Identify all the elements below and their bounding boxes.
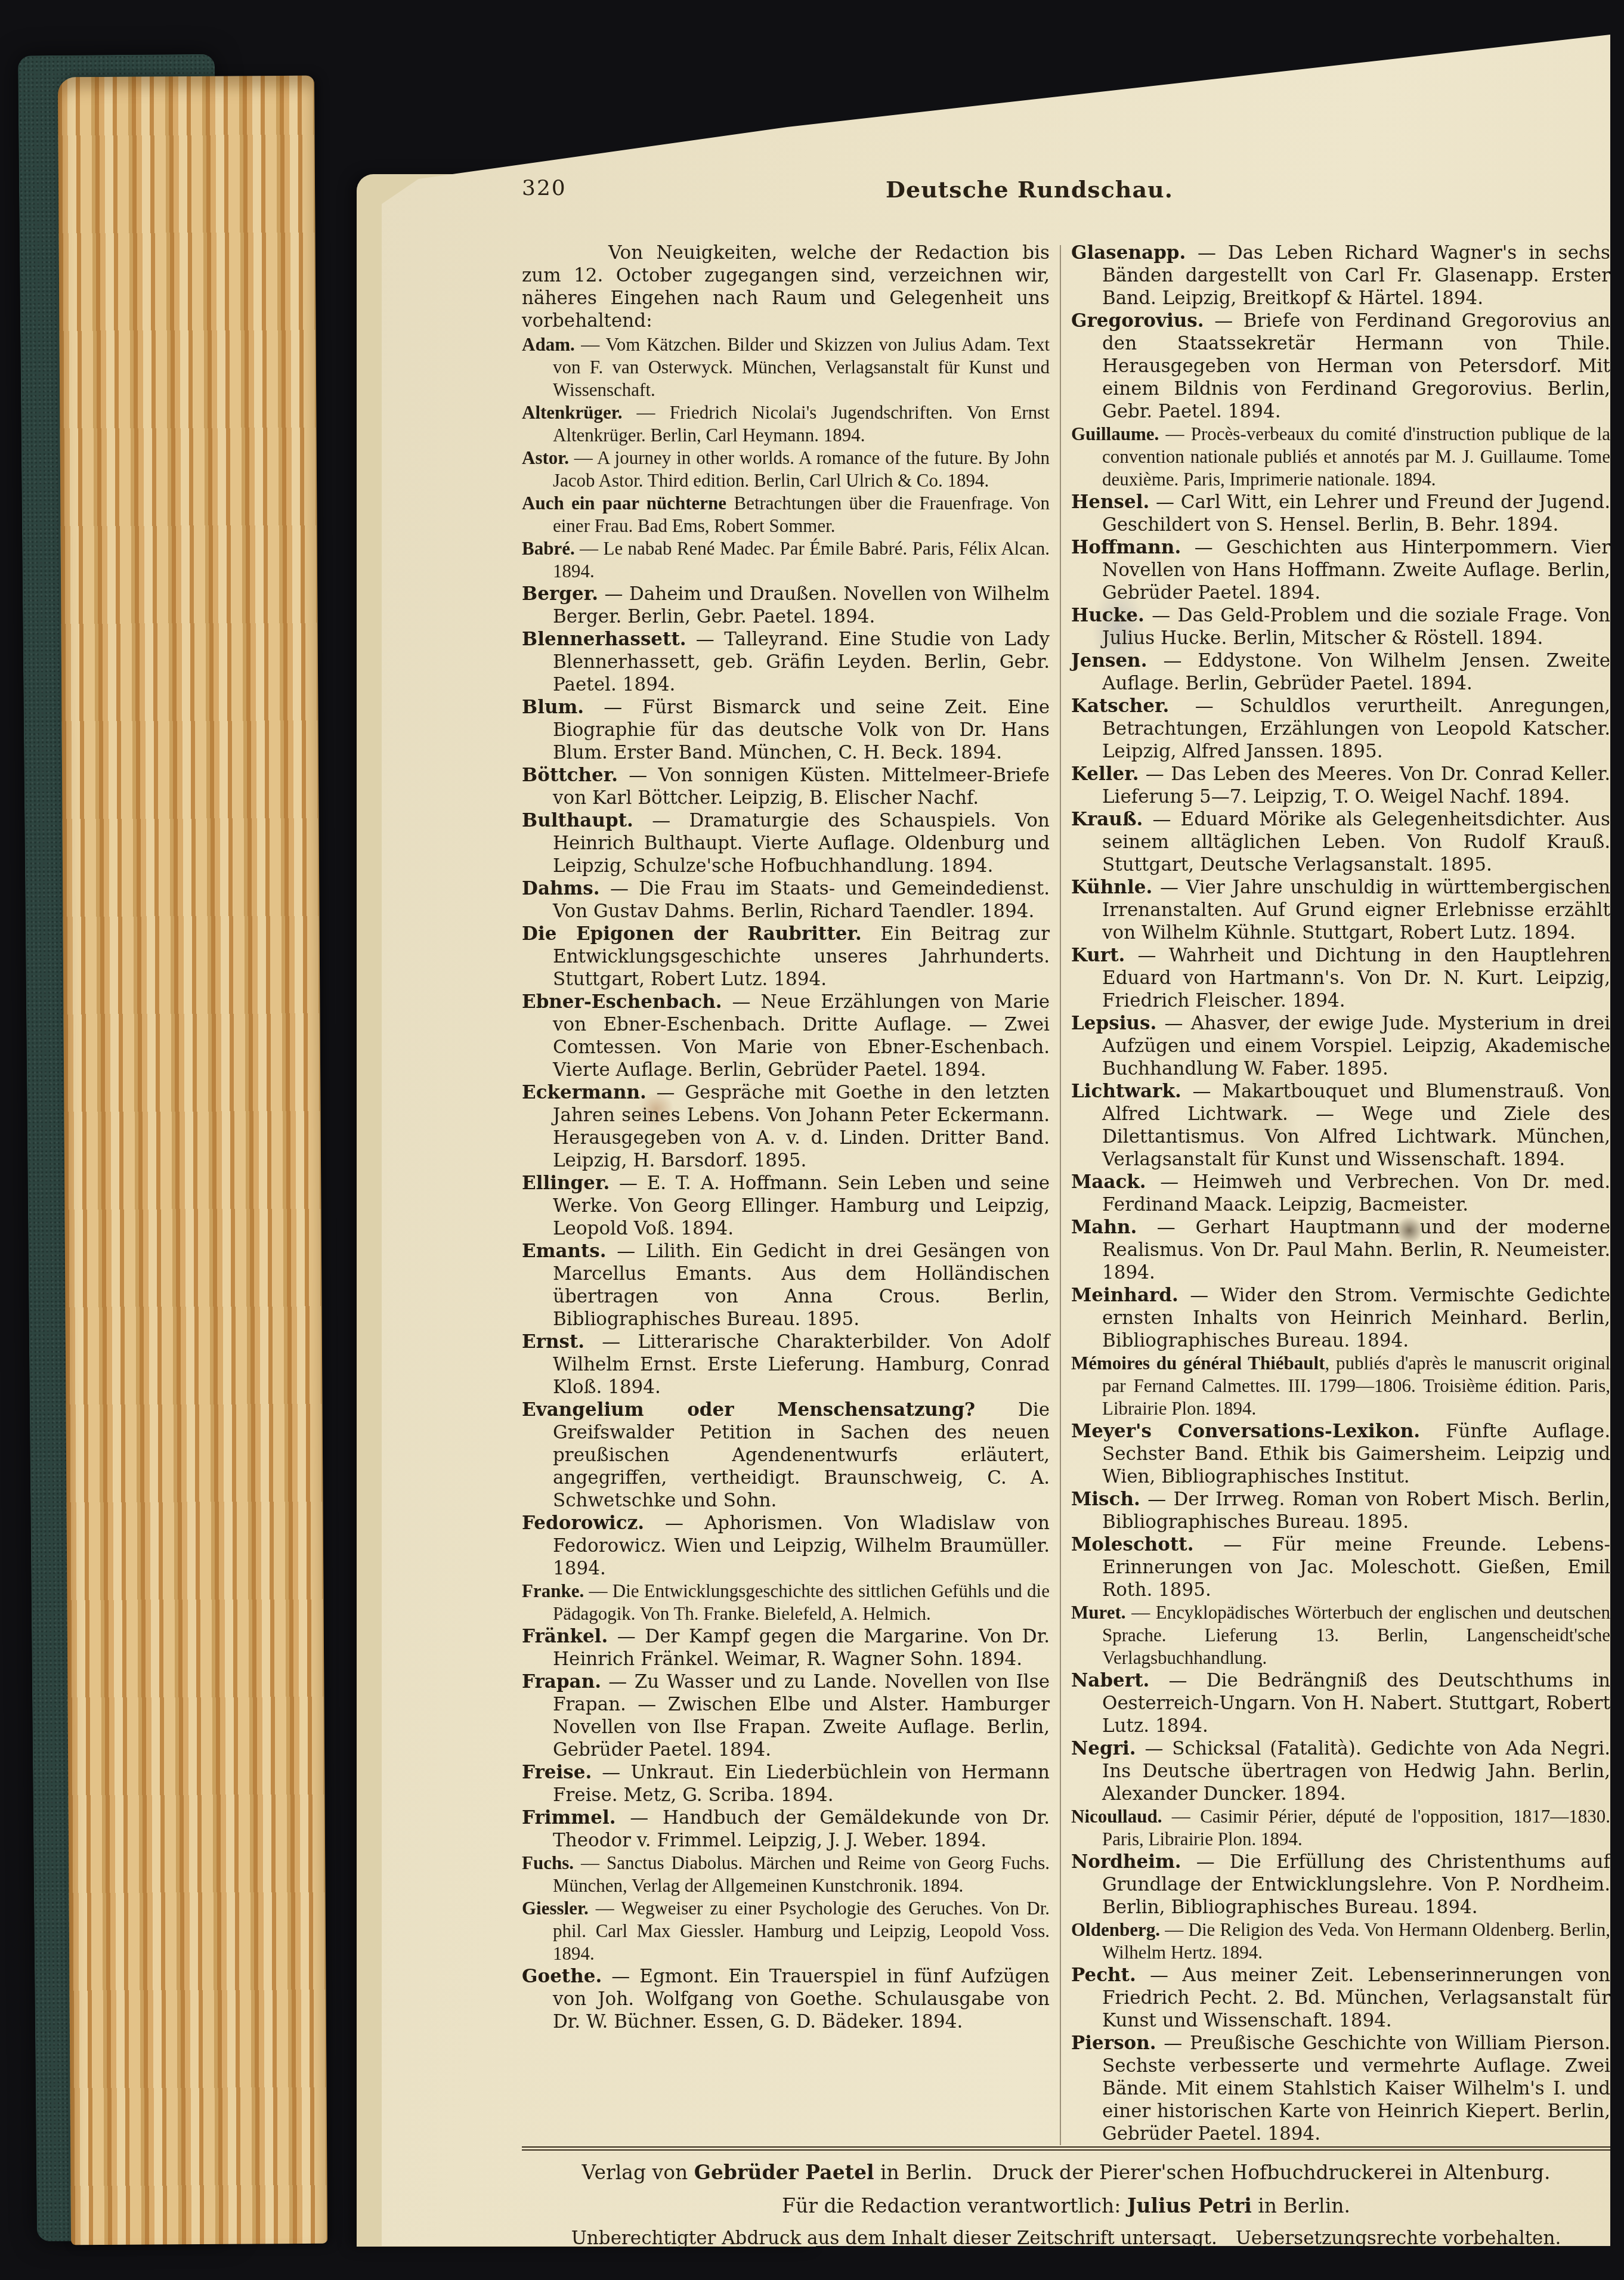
entry-text: — Casimir Périer, député de l'opposition… bbox=[1102, 1806, 1610, 1849]
bibliography-entry: Altenkrüger. — Friedrich Nicolai's Jugen… bbox=[522, 401, 1050, 447]
entry-text: — Wahrheit und Dichtung in den Hauptlehr… bbox=[1102, 945, 1610, 1011]
entry-lead-word: Freise. bbox=[522, 1762, 592, 1783]
journal-title: Deutsche Rundschau. bbox=[886, 176, 1173, 203]
bibliography-entry: Keller. — Das Leben des Meeres. Von Dr. … bbox=[1071, 763, 1610, 808]
footer-responsibility-line: Für die Redaction verantwortlich: Julius… bbox=[522, 2194, 1610, 2217]
entry-text: — Litterarische Charakterbilder. Von Ado… bbox=[553, 1331, 1050, 1398]
footer-rule bbox=[522, 2146, 1610, 2151]
bibliography-entry: Nordheim. — Die Erfüllung des Christenth… bbox=[1071, 1851, 1610, 1919]
entry-lead-word: Lichtwark. bbox=[1071, 1081, 1181, 1102]
bibliography-entry: Muret. — Encyklopädisches Wörterbuch der… bbox=[1071, 1601, 1610, 1669]
page-number: 320 bbox=[522, 176, 567, 200]
entry-lead-word: Misch. bbox=[1071, 1489, 1140, 1510]
bibliography-entry: Nicoullaud. — Casimir Périer, député de … bbox=[1071, 1805, 1610, 1851]
column-divider bbox=[1060, 245, 1061, 2145]
bibliography-entry: Die Epigonen der Raubritter. Ein Beitrag… bbox=[522, 923, 1050, 991]
entry-text: — Der Irrweg. Roman von Robert Misch. Be… bbox=[1102, 1489, 1610, 1533]
bibliography-entry: Bulthaupt. — Dramaturgie des Schauspiels… bbox=[522, 809, 1050, 877]
entry-lead-word: Mahn. bbox=[1071, 1217, 1137, 1238]
entry-lead-word: Meyer's Conversations-Lexikon. bbox=[1071, 1421, 1420, 1442]
bibliography-entry: Emants. — Lilith. Ein Gedicht in drei Ge… bbox=[522, 1240, 1050, 1331]
bibliography-entry: Auch ein paar nüchterne Betrachtungen üb… bbox=[522, 492, 1050, 537]
entry-text: — Procès-verbeaux du comité d'instructio… bbox=[1102, 423, 1610, 490]
entry-lead-word: Nabert. bbox=[1071, 1670, 1149, 1691]
bibliography-entry: Frimmel. — Handbuch der Gemäldekunde von… bbox=[522, 1806, 1050, 1852]
entry-text: — E. T. A. Hoffmann. Sein Leben und sein… bbox=[553, 1173, 1050, 1239]
bibliography-entry: Pierson. — Preußische Geschichte von Wil… bbox=[1071, 2032, 1610, 2145]
entry-lead-word: Kühnle. bbox=[1071, 877, 1152, 898]
entry-text: — Aus meiner Zeit. Lebenserinnerungen vo… bbox=[1102, 1965, 1610, 2031]
bibliography-entry: Giessler. — Wegweiser zu einer Psycholog… bbox=[522, 1897, 1050, 1965]
entry-text: — Die Religion des Veda. Von Hermann Old… bbox=[1102, 1919, 1610, 1963]
entry-lead-word: Krauß. bbox=[1071, 809, 1143, 830]
entry-lead-word: Astor. bbox=[522, 447, 569, 468]
entry-text: — Zu Wasser und zu Lande. Novellen von I… bbox=[553, 1671, 1050, 1761]
bibliography-entry: Fedorowicz. — Aphorismen. Von Wladislaw … bbox=[522, 1512, 1050, 1580]
bibliography-column-left: Von Neuigkeiten, welche der Redaction bi… bbox=[522, 242, 1050, 2145]
scanned-page: 320 Deutsche Rundschau. Von Neuigkeiten,… bbox=[382, 30, 1610, 2246]
bibliography-entry: Fränkel. — Der Kampf gegen die Margarine… bbox=[522, 1625, 1050, 1670]
page-edge-stack bbox=[58, 76, 327, 2245]
entry-text: — Fürst Bismarck und seine Zeit. Eine Bi… bbox=[553, 697, 1050, 763]
bibliography-entry: Hoffmann. — Geschichten aus Hinterpommer… bbox=[1071, 536, 1610, 604]
entry-lead-word: Hoffmann. bbox=[1071, 537, 1181, 558]
entry-lead-word: Nicoullaud. bbox=[1071, 1806, 1162, 1827]
entry-lead-word: Hensel. bbox=[1071, 491, 1149, 513]
entry-lead-word: Guillaume. bbox=[1071, 423, 1159, 444]
entry-text: — Lilith. Ein Gedicht in drei Gesängen v… bbox=[553, 1240, 1050, 1330]
entry-lead-word: Emants. bbox=[522, 1240, 607, 1262]
bibliography-entry: Nabert. — Die Bedrängniß des Deutschthum… bbox=[1071, 1669, 1610, 1737]
bibliography-entry: Blennerhassett. — Talleyrand. Eine Studi… bbox=[522, 628, 1050, 696]
entry-lead-word: Negri. bbox=[1071, 1738, 1136, 1759]
bibliography-entry: Meyer's Conversations-Lexikon. Fünfte Au… bbox=[1071, 1420, 1610, 1488]
entry-text: — Le nabab René Madec. Par Émile Babré. … bbox=[553, 538, 1050, 581]
bibliography-entry: Jensen. — Eddystone. Von Wilhelm Jensen.… bbox=[1071, 649, 1610, 695]
entry-text: — Die Bedrängniß des Deutschthums in Oes… bbox=[1102, 1670, 1610, 1737]
entry-text: — Die Entwicklungsgeschichte des sittlic… bbox=[553, 1580, 1050, 1624]
bibliography-entry: Ernst. — Litterarische Charakterbilder. … bbox=[522, 1331, 1050, 1399]
entry-text: — Handbuch der Gemäldekunde von Dr. Theo… bbox=[553, 1807, 1050, 1851]
entry-lead-word: Blennerhassett. bbox=[522, 629, 686, 650]
entry-text: — Wegweiser zu einer Psychologie des Ger… bbox=[553, 1898, 1050, 1964]
entry-lead-word: Glasenapp. bbox=[1071, 242, 1186, 264]
bibliography-entry: Guillaume. — Procès-verbeaux du comité d… bbox=[1071, 423, 1610, 491]
entry-text: — Egmont. Ein Trauerspiel in fünf Aufzüg… bbox=[553, 1966, 1050, 2032]
bibliography-entry: Dahms. — Die Frau im Staats- und Gemeind… bbox=[522, 877, 1050, 923]
entry-lead-word: Kurt. bbox=[1071, 945, 1125, 966]
entry-lead-word: Muret. bbox=[1071, 1602, 1126, 1623]
bibliography-entry: Katscher. — Schuldlos verurtheilt. Anreg… bbox=[1071, 695, 1610, 763]
entry-lead-word: Jensen. bbox=[1071, 650, 1147, 672]
page-content: 320 Deutsche Rundschau. Von Neuigkeiten,… bbox=[522, 176, 1610, 2249]
footer-text: in Berlin. Druck der Pierer'schen Hofbuc… bbox=[874, 2161, 1550, 2184]
entry-lead-word: Lepsius. bbox=[1071, 1013, 1156, 1034]
bibliography-entry: Hensel. — Carl Witt, ein Lehrer und Freu… bbox=[1071, 491, 1610, 536]
entry-text: — Die Frau im Staats- und Gemeindedienst… bbox=[553, 878, 1050, 922]
bibliography-entry: Krauß. — Eduard Mörike als Gelegenheitsd… bbox=[1071, 808, 1610, 876]
bibliography-entry: Ellinger. — E. T. A. Hoffmann. Sein Lebe… bbox=[522, 1172, 1050, 1240]
entry-lead-word: Evangelium oder Menschensatzung? bbox=[522, 1399, 975, 1421]
entry-lead-word: Maack. bbox=[1071, 1171, 1146, 1193]
page-footer: Verlag von Gebrüder Paetel in Berlin. Dr… bbox=[522, 2146, 1610, 2249]
entry-text: — Eddystone. Von Wilhelm Jensen. Zweite … bbox=[1102, 650, 1610, 694]
entry-text: — Schicksal (Fatalità). Gedichte von Ada… bbox=[1102, 1738, 1610, 1805]
footer-bold-text: Julius Petri bbox=[1127, 2194, 1252, 2217]
bibliography-entry: Oldenberg. — Die Religion des Veda. Von … bbox=[1071, 1919, 1610, 1964]
bibliography-entry: Misch. — Der Irrweg. Roman von Robert Mi… bbox=[1071, 1488, 1610, 1533]
bibliography-entry: Hucke. — Das Geld-Problem und die sozial… bbox=[1071, 604, 1610, 649]
entry-text: — A journey in other worlds. A romance o… bbox=[553, 447, 1050, 491]
footer-text: Für die Redaction verantwortlich: bbox=[782, 2194, 1127, 2217]
entry-text: — Vom Kätzchen. Bilder und Skizzen von J… bbox=[553, 334, 1050, 400]
bibliography-entry: Berger. — Daheim und Draußen. Novellen v… bbox=[522, 583, 1050, 628]
entry-lead-word: Ebner-Eschenbach. bbox=[522, 991, 722, 1013]
bibliography-entry: Maack. — Heimweh und Verbrechen. Von Dr.… bbox=[1071, 1171, 1610, 1216]
entry-lead-word: Giessler. bbox=[522, 1898, 589, 1919]
entry-lead-word: Meinhard. bbox=[1071, 1285, 1178, 1306]
bibliography-entry: Lichtwark. — Makartbouquet und Blumenstr… bbox=[1071, 1080, 1610, 1171]
bibliography-entry: Kurt. — Wahrheit und Dichtung in den Hau… bbox=[1071, 944, 1610, 1012]
bibliography-entry: Lepsius. — Ahasver, der ewige Jude. Myst… bbox=[1071, 1012, 1610, 1080]
bibliography-entry: Glasenapp. — Das Leben Richard Wagner's … bbox=[1071, 242, 1610, 310]
entry-text: — Das Geld-Problem und die soziale Frage… bbox=[1102, 605, 1610, 649]
entry-lead-word: Keller. bbox=[1071, 763, 1139, 785]
bibliography-entry: Blum. — Fürst Bismarck und seine Zeit. E… bbox=[522, 696, 1050, 764]
bibliography-entry: Mahn. — Gerhart Hauptmann und der modern… bbox=[1071, 1216, 1610, 1284]
bibliography-entry: Goethe. — Egmont. Ein Trauerspiel in fün… bbox=[522, 1965, 1050, 2033]
entry-lead-word: Böttcher. bbox=[522, 765, 618, 786]
entry-lead-word: Fedorowicz. bbox=[522, 1512, 644, 1534]
bibliography-entries-right: Glasenapp. — Das Leben Richard Wagner's … bbox=[1071, 242, 1610, 2145]
entry-text: — Friedrich Nicolai's Jugendschriften. V… bbox=[553, 402, 1050, 446]
bibliography-entry: Ebner-Eschenbach. — Neue Erzählungen von… bbox=[522, 991, 1050, 1081]
entry-lead-word: Adam. bbox=[522, 334, 575, 355]
bibliography-entries-left: Adam. — Vom Kätzchen. Bilder und Skizzen… bbox=[522, 333, 1050, 2033]
entry-lead-word: Frapan. bbox=[522, 1671, 601, 1693]
footer-copyright-line: Unberechtigter Abdruck aus dem Inhalt di… bbox=[522, 2228, 1610, 2249]
bibliography-entry: Mémoires du général Thiébault, publiés d… bbox=[1071, 1352, 1610, 1420]
entry-lead-word: Blum. bbox=[522, 697, 584, 718]
entry-lead-word: Bulthaupt. bbox=[522, 810, 633, 831]
bibliography-entry: Freise. — Unkraut. Ein Liederbüchlein vo… bbox=[522, 1761, 1050, 1806]
entry-lead-word: Goethe. bbox=[522, 1966, 602, 1987]
footer-text: in Berlin. bbox=[1252, 2194, 1350, 2217]
bibliography-columns: Von Neuigkeiten, welche der Redaction bi… bbox=[522, 242, 1610, 2145]
entry-lead-word: Dahms. bbox=[522, 878, 600, 899]
bibliography-entry: Eckermann. — Gespräche mit Goethe in den… bbox=[522, 1081, 1050, 1172]
entry-text: — Unkraut. Ein Liederbüchlein von Herman… bbox=[553, 1762, 1050, 1806]
bibliography-entry: Kühnle. — Vier Jahre unschuldig in württ… bbox=[1071, 876, 1610, 944]
bibliography-entry: Pecht. — Aus meiner Zeit. Lebenserinneru… bbox=[1071, 1964, 1610, 2032]
footer-text: Verlag von bbox=[582, 2161, 694, 2184]
bibliography-entry: Adam. — Vom Kätzchen. Bilder und Skizzen… bbox=[522, 333, 1050, 401]
bibliography-entry: Franke. — Die Entwicklungsgeschichte des… bbox=[522, 1580, 1050, 1625]
entry-text: — Ahasver, der ewige Jude. Mysterium in … bbox=[1102, 1013, 1610, 1079]
intro-paragraph: Von Neuigkeiten, welche der Redaction bi… bbox=[522, 242, 1050, 332]
entry-lead-word: Fuchs. bbox=[522, 1852, 574, 1873]
bibliography-entry: Moleschott. — Für meine Freunde. Lebens-… bbox=[1071, 1533, 1610, 1601]
entry-lead-word: Altenkrüger. bbox=[522, 402, 623, 423]
entry-text: — Carl Witt, ein Lehrer und Freund der J… bbox=[1102, 491, 1610, 536]
entry-text: — Von sonnigen Küsten. Mittelmeer-Briefe… bbox=[553, 765, 1050, 809]
entry-lead-word: Mémoires du général Thiébault bbox=[1071, 1353, 1325, 1373]
entry-lead-word: Die Epigonen der Raubritter. bbox=[522, 923, 862, 945]
entry-lead-word: Auch ein paar nüchterne bbox=[522, 493, 726, 513]
bibliography-entry: Meinhard. — Wider den Strom. Vermischte … bbox=[1071, 1284, 1610, 1352]
entry-lead-word: Eckermann. bbox=[522, 1082, 646, 1103]
book-photograph: 320 Deutsche Rundschau. Von Neuigkeiten,… bbox=[0, 0, 1624, 2280]
entry-lead-word: Pecht. bbox=[1071, 1965, 1136, 1986]
entry-lead-word: Berger. bbox=[522, 583, 598, 605]
entry-text: — Preußische Geschichte von William Pier… bbox=[1102, 2032, 1610, 2145]
bibliography-entry: Frapan. — Zu Wasser und zu Lande. Novell… bbox=[522, 1670, 1050, 1761]
bibliography-entry: Gregorovius. — Briefe von Ferdinand Greg… bbox=[1071, 310, 1610, 423]
entry-text: — Daheim und Draußen. Novellen von Wilhe… bbox=[553, 583, 1050, 627]
page-header: 320 Deutsche Rundschau. bbox=[522, 176, 1610, 207]
entry-lead-word: Pierson. bbox=[1071, 2032, 1156, 2054]
entry-lead-word: Frimmel. bbox=[522, 1807, 615, 1829]
entry-text: — Der Kampf gegen die Margarine. Von Dr.… bbox=[553, 1626, 1050, 1670]
entry-lead-word: Katscher. bbox=[1071, 695, 1169, 717]
footer-imprint-line: Verlag von Gebrüder Paetel in Berlin. Dr… bbox=[522, 2161, 1610, 2184]
entry-lead-word: Franke. bbox=[522, 1580, 584, 1601]
entry-text: — Wider den Strom. Vermischte Gedichte e… bbox=[1102, 1285, 1610, 1351]
bibliography-entry: Negri. — Schicksal (Fatalità). Gedichte … bbox=[1071, 1737, 1610, 1805]
entry-text: — Eduard Mörike als Gelegenheitsdichter.… bbox=[1102, 809, 1610, 876]
bibliography-entry: Böttcher. — Von sonnigen Küsten. Mittelm… bbox=[522, 764, 1050, 809]
entry-text: — Gerhart Hauptmann und der moderne Real… bbox=[1102, 1217, 1610, 1283]
bibliography-entry: Evangelium oder Menschensatzung? Die Gre… bbox=[522, 1399, 1050, 1512]
bibliography-entry: Fuchs. — Sanctus Diabolus. Märchen und R… bbox=[522, 1852, 1050, 1897]
entry-text: — Sanctus Diabolus. Märchen und Reime vo… bbox=[553, 1852, 1050, 1896]
entry-text: — Das Leben des Meeres. Von Dr. Conrad K… bbox=[1102, 763, 1610, 808]
entry-lead-word: Oldenberg. bbox=[1071, 1919, 1160, 1940]
footer-text: Unberechtigter Abdruck aus dem Inhalt di… bbox=[571, 2228, 1561, 2249]
entry-text: — Heimweh und Verbrechen. Von Dr. med. F… bbox=[1102, 1171, 1610, 1215]
entry-lead-word: Gregorovius. bbox=[1071, 310, 1204, 332]
bibliography-entry: Astor. — A journey in other worlds. A ro… bbox=[522, 447, 1050, 492]
entry-text: — Encyklopädisches Wörterbuch der englis… bbox=[1102, 1602, 1610, 1668]
entry-lead-word: Ellinger. bbox=[522, 1173, 610, 1194]
footer-bold-text: Gebrüder Paetel bbox=[694, 2161, 874, 2184]
entry-lead-word: Moleschott. bbox=[1071, 1534, 1193, 1555]
entry-text: — Vier Jahre unschuldig in württembergis… bbox=[1102, 877, 1610, 943]
entry-lead-word: Hucke. bbox=[1071, 605, 1144, 626]
bibliography-column-right: Glasenapp. — Das Leben Richard Wagner's … bbox=[1071, 242, 1610, 2145]
bibliography-entry: Babré. — Le nabab René Madec. Par Émile … bbox=[522, 537, 1050, 583]
entry-lead-word: Babré. bbox=[522, 538, 575, 559]
entry-text: — Schuldlos verurtheilt. Anregungen, Bet… bbox=[1102, 695, 1610, 762]
entry-lead-word: Ernst. bbox=[522, 1331, 584, 1353]
entry-lead-word: Fränkel. bbox=[522, 1626, 608, 1647]
entry-lead-word: Nordheim. bbox=[1071, 1851, 1181, 1873]
